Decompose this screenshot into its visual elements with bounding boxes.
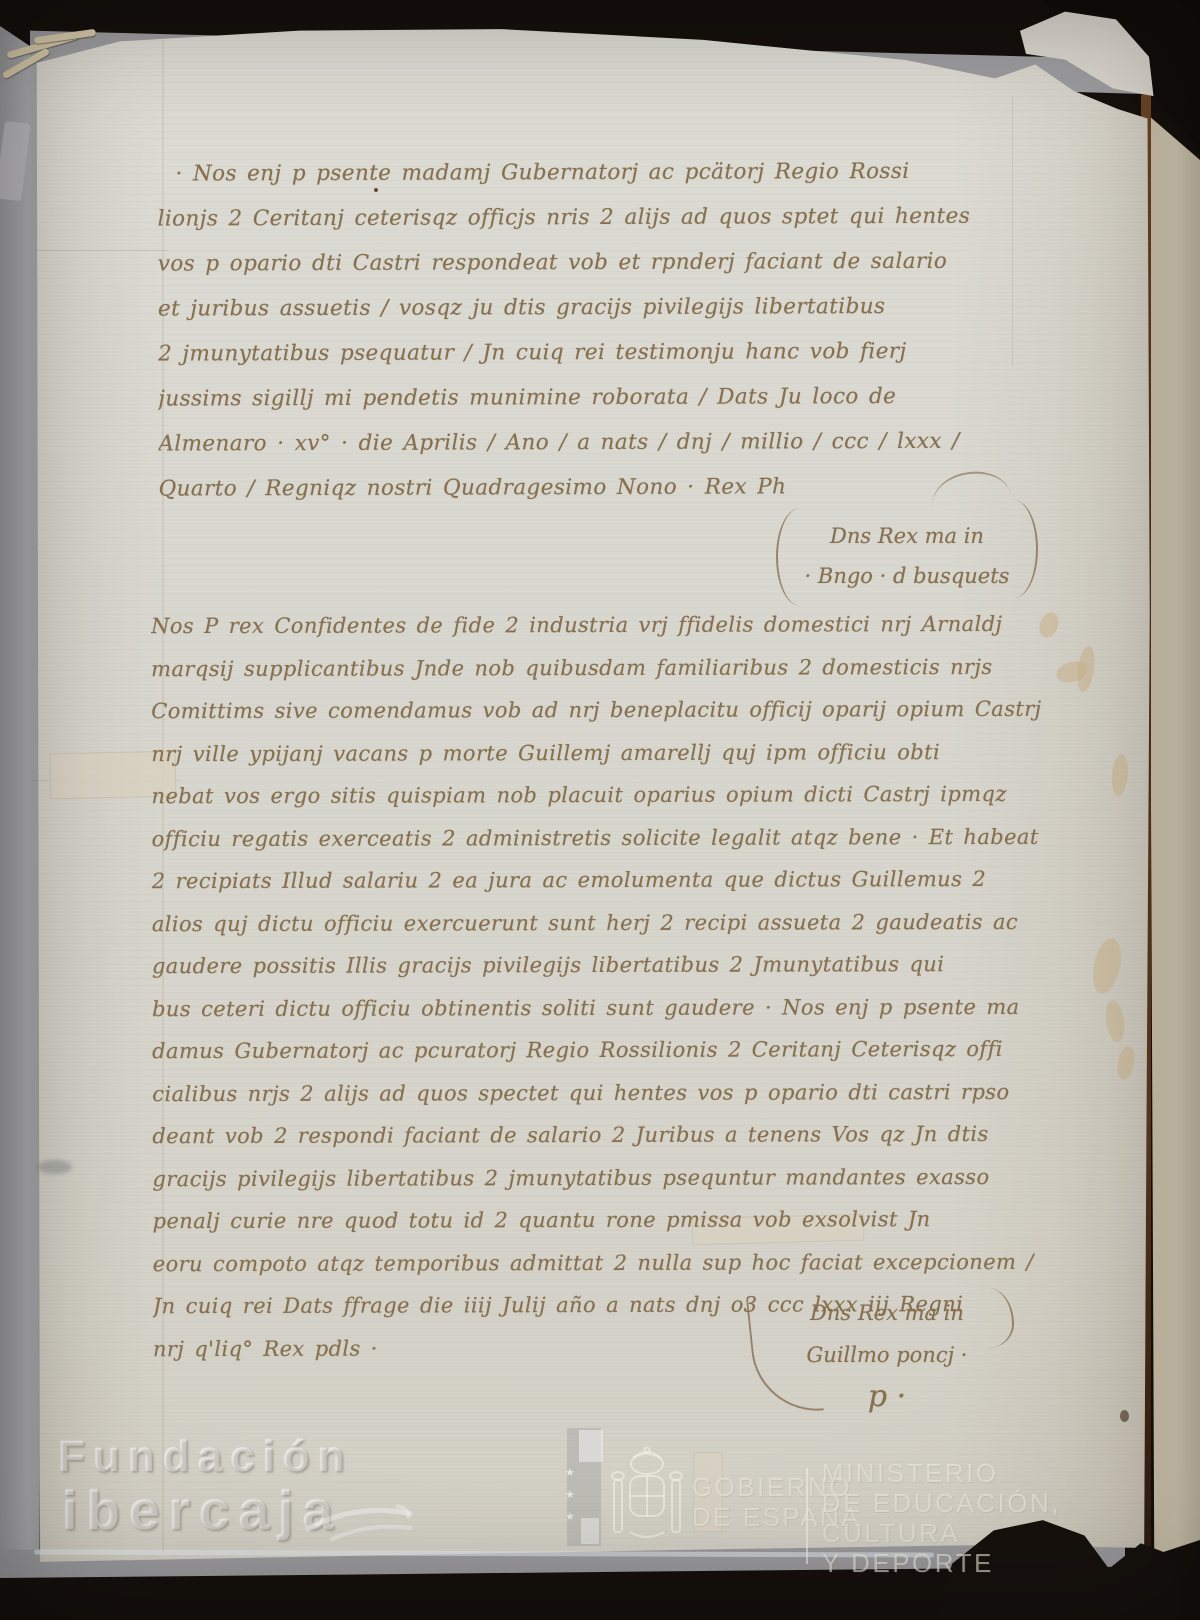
manuscript-line: nebat vos ergo sitis quispiam nob placui… — [151, 773, 1049, 818]
manuscript-line: nrj ville ypijanj vacans p morte Guillem… — [151, 730, 1049, 775]
pencil-smudge — [38, 1160, 72, 1174]
manuscript-line: officiu regatis exerceatis 2 administret… — [152, 815, 1050, 860]
manuscript-line: jussims sigillj mi pendetis munimine rob… — [158, 373, 1046, 421]
manuscript-line: · Nos enj p psente madamj Gubernatorj ac… — [157, 148, 1045, 196]
project-flag-icon: ★ ★ ★ — [567, 1428, 601, 1546]
star-icon: ★ — [565, 1510, 575, 1523]
manuscript-line: cialibus nrjs 2 alijs ad quos spectet qu… — [152, 1070, 1050, 1115]
crease-line — [36, 250, 168, 251]
ministerio-line1: MINISTERIO — [822, 1458, 1200, 1488]
manuscript-line: Nos P rex Confidentes de fide 2 industri… — [151, 603, 1049, 648]
star-icon: ★ — [565, 1466, 575, 1479]
signature-line: Dns Rex ma in — [798, 516, 1016, 556]
manuscript-line: lionjs 2 Ceritanj ceterisqz officjs nris… — [158, 193, 1046, 241]
manuscript-line: et juribus assuetis / vosqz ju dtis grac… — [158, 283, 1046, 331]
chancery-signature-2: Dns Rex ma in Guillmo poncj · p · — [782, 1292, 992, 1418]
manuscript-line: eoru compoto atqz temporibus admittat 2 … — [153, 1240, 1051, 1285]
chancery-signature-1: Dns Rex ma in · Bngo · d busquets — [798, 516, 1016, 596]
manuscript-line: penalj curie nre quod totu id 2 quantu r… — [153, 1198, 1051, 1243]
manuscript-paragraph-1: · Nos enj p psente madamj Gubernatorj ac… — [157, 148, 1046, 511]
manuscript-line: Comittims sive comendamus vob ad nrj ben… — [151, 688, 1049, 733]
manuscript-line: bus ceteri dictu officiu obtinentis soli… — [152, 985, 1050, 1030]
ministerio-line3: Y DEPORTE — [822, 1548, 1200, 1578]
manuscript-line: alios quj dictu officiu exercuerunt sunt… — [152, 900, 1050, 945]
manuscript-line: 2 recipiats Illud salariu 2 ea jura ac e… — [152, 858, 1050, 903]
ministerio-watermark: MINISTERIO DE EDUCACIÓN, CULTURA Y DEPOR… — [822, 1458, 1200, 1578]
watermark-divider — [806, 1468, 808, 1564]
manuscript-line: Quarto / Regniqz nostri Quadragesimo Non… — [158, 463, 1046, 511]
signature-line: Guillmo poncj · — [782, 1334, 992, 1376]
signature-paraph: p · — [782, 1376, 992, 1418]
signature-line: Dns Rex ma in — [782, 1292, 992, 1334]
dark-spot — [1120, 1410, 1129, 1422]
manuscript-line: Almenaro · xv° · die Aprilis / Ano / a n… — [158, 418, 1046, 466]
flag-square — [581, 1518, 599, 1544]
ibercaja-watermark-line1: Fundación — [58, 1432, 352, 1482]
manuscript-line: damus Gubernatorj ac pcuratorj Regio Ros… — [152, 1028, 1050, 1073]
star-icon: ★ — [565, 1488, 575, 1501]
ibercaja-logo-icon — [300, 1478, 420, 1548]
manuscript-line: vos p opario dti Castri respondeat vob e… — [158, 238, 1046, 286]
manuscript-line: gaudere possitis Illis gracijs pivilegij… — [152, 943, 1050, 988]
manuscript-line: gracijs pivilegijs libertatibus 2 jmunyt… — [152, 1155, 1050, 1200]
signature-line: · Bngo · d busquets — [798, 556, 1016, 596]
manuscript-line: 2 jmunytatibus psequatur / Jn cuiq rei t… — [158, 328, 1046, 376]
next-page-edge — [1148, 70, 1200, 1570]
spain-coat-of-arms-icon — [606, 1446, 688, 1550]
archive-photo: · Nos enj p psente madamj Gubernatorj ac… — [0, 0, 1200, 1620]
manuscript-paragraph-2: Nos P rex Confidentes de fide 2 industri… — [151, 603, 1051, 1370]
ministerio-line2: DE EDUCACIÓN, CULTURA — [822, 1488, 1200, 1548]
manuscript-line: deant vob 2 respondi faciant de salario … — [152, 1113, 1050, 1158]
manuscript-line: marqsij supplicantibus Jnde nob quibusda… — [151, 645, 1049, 690]
flag-square — [579, 1430, 603, 1462]
